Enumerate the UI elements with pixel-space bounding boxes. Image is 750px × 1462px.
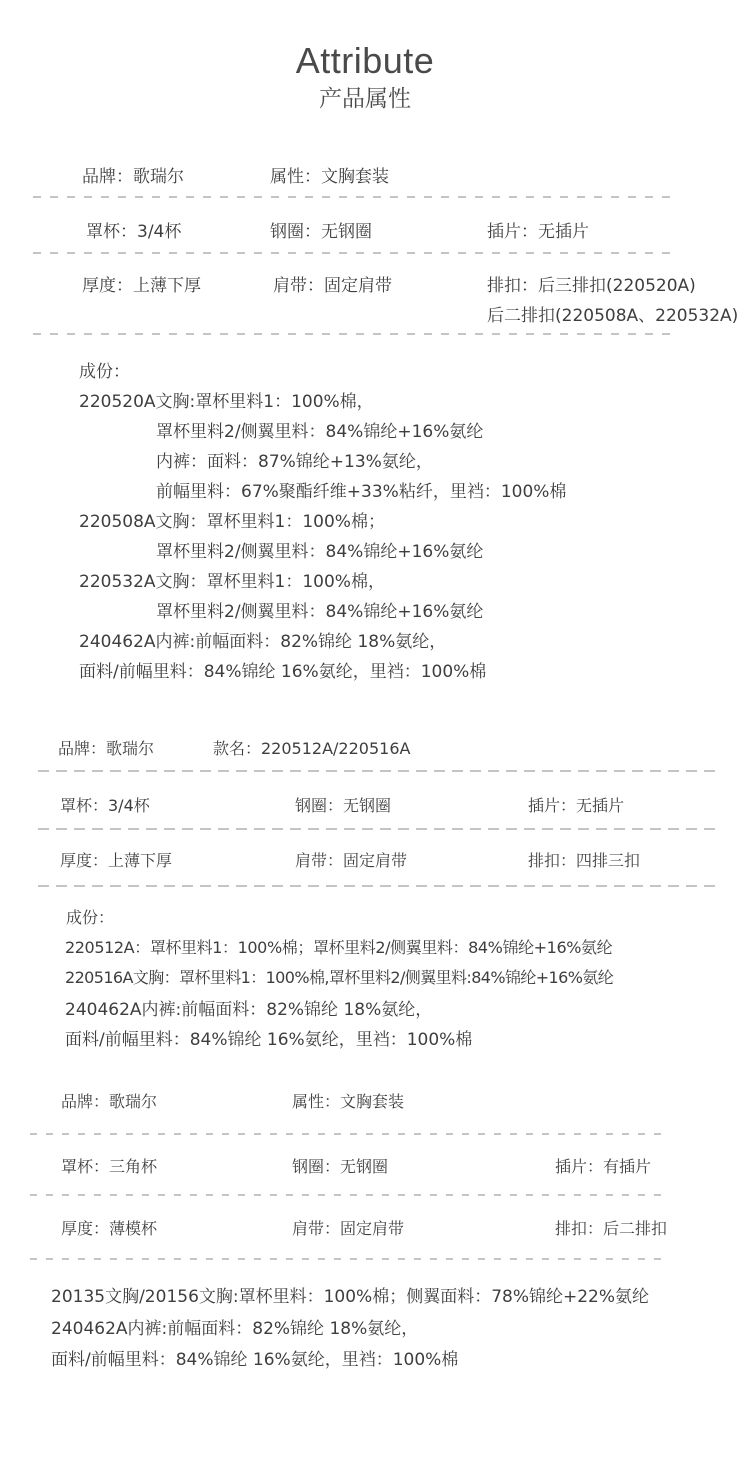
composition-line: 240462A内裤:前幅面料：82%锦纶 18%氨纶， — [65, 995, 432, 1020]
divider — [38, 828, 720, 830]
divider — [30, 1194, 670, 1196]
composition-label: 成份： — [66, 905, 114, 928]
attr-strap: 肩带：固定肩带 — [295, 848, 407, 871]
attr-cup: 罩杯：3/4杯 — [60, 793, 150, 816]
composition-line: 20135文胸/20156文胸:罩杯里料：100%棉；侧翼面料：78%锦纶+22… — [51, 1282, 649, 1307]
composition-line: 罩杯里料2/侧翼里料：84%锦纶+16%氨纶 — [156, 597, 483, 622]
composition-line: 罩杯里料2/侧翼里料：84%锦纶+16%氨纶 — [156, 537, 483, 562]
attr-insert: 插片：无插片 — [528, 793, 624, 816]
composition-line: 面料/前幅里料：84%锦纶 16%氨纶，里裆：100%棉 — [65, 1025, 472, 1050]
attr-type: 属性：文胸套装 — [292, 1089, 404, 1112]
composition-line: 前幅里料：67%聚酯纤维+33%粘纤，里裆：100%棉 — [156, 477, 566, 502]
attr-brand: 品牌：歌瑞尔 — [82, 162, 184, 187]
composition-line: 罩杯里料2/侧翼里料：84%锦纶+16%氨纶 — [156, 417, 483, 442]
composition-line: 240462A内裤:前幅面料：82%锦纶 18%氨纶， — [51, 1314, 418, 1339]
attr-insert: 插片：无插片 — [487, 217, 589, 242]
attr-strap: 肩带：固定肩带 — [292, 1216, 404, 1239]
composition-line: 220516A文胸：罩杯里料1：100%棉,罩杯里料2/侧翼里料:84%锦纶+1… — [65, 965, 613, 988]
composition-line: 220532A文胸：罩杯里料1：100%棉， — [79, 567, 385, 592]
attr-brand: 品牌：歌瑞尔 — [61, 1089, 157, 1112]
composition-line: 面料/前幅里料：84%锦纶 16%氨纶，里裆：100%棉 — [51, 1345, 458, 1370]
attr-cup: 罩杯：3/4杯 — [86, 217, 181, 242]
composition-line: 面料/前幅里料：84%锦纶 16%氨纶，里裆：100%棉 — [79, 657, 486, 682]
attr-cup: 罩杯：三角杯 — [61, 1154, 157, 1177]
page-title-en: Attribute — [0, 40, 730, 82]
attr-brand: 品牌：歌瑞尔 — [58, 736, 154, 759]
composition-line: 220512A：罩杯里料1：100%棉；罩杯里料2/侧翼里料：84%锦纶+16%… — [65, 935, 612, 958]
divider — [30, 1258, 670, 1260]
composition-line: 220520A文胸:罩杯里料1：100%棉， — [79, 387, 374, 412]
attr-thickness: 厚度：上薄下厚 — [82, 271, 201, 296]
attr-underwire: 钢圈：无钢圈 — [295, 793, 391, 816]
attr-hook-cont: 后二排扣(220508A、220532A) — [487, 301, 738, 326]
attr-thickness: 厚度：上薄下厚 — [60, 848, 172, 871]
attr-insert: 插片：有插片 — [555, 1154, 651, 1177]
attr-underwire: 钢圈：无钢圈 — [270, 217, 372, 242]
divider — [33, 252, 673, 254]
attr-hook: 排扣：四排三扣 — [528, 848, 640, 871]
attr-style-name: 款名：220512A/220516A — [213, 736, 410, 759]
attr-type: 属性：文胸套装 — [270, 162, 389, 187]
divider — [38, 770, 720, 772]
attr-thickness: 厚度：薄模杯 — [61, 1216, 157, 1239]
divider — [33, 333, 673, 335]
divider — [38, 885, 720, 887]
attr-underwire: 钢圈：无钢圈 — [292, 1154, 388, 1177]
page-title-cn: 产品属性 — [0, 80, 730, 113]
composition-line: 220508A文胸：罩杯里料1：100%棉； — [79, 507, 385, 532]
attr-hook: 排扣：后二排扣 — [555, 1216, 667, 1239]
attr-hook: 排扣：后三排扣(220520A) — [487, 271, 696, 296]
divider — [33, 196, 673, 198]
divider — [30, 1133, 670, 1135]
composition-label: 成份： — [79, 357, 130, 382]
composition-line: 240462A内裤:前幅面料：82%锦纶 18%氨纶， — [79, 627, 446, 652]
composition-line: 内裤：面料：87%锦纶+13%氨纶， — [156, 447, 433, 472]
attr-strap: 肩带：固定肩带 — [273, 271, 392, 296]
